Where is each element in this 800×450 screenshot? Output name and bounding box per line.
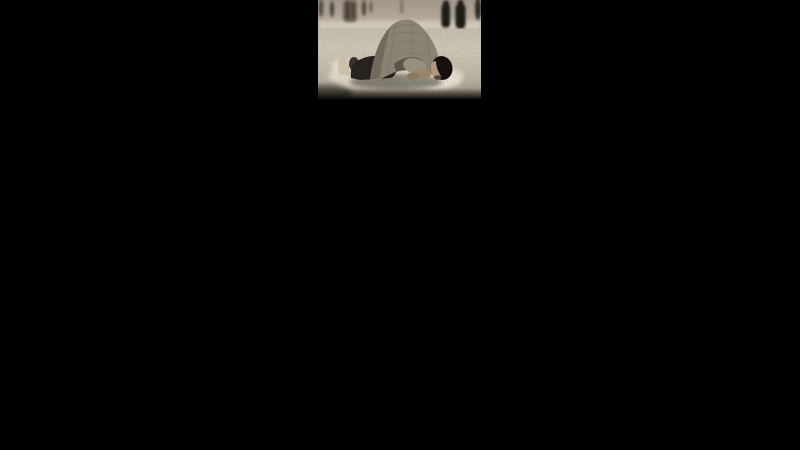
distant-pole — [400, 0, 404, 13]
man-hand — [417, 70, 431, 79]
distant-smudge — [346, 2, 350, 19]
bottom-fade — [318, 88, 481, 100]
abaya-figure-body — [456, 4, 466, 29]
archway-smudge — [343, 0, 357, 22]
page-canvas — [0, 0, 800, 450]
beard-shade — [434, 75, 442, 80]
distant-smudge — [330, 1, 334, 17]
abaya-figure-body — [442, 4, 451, 28]
prayer-photo — [318, 0, 481, 100]
prayer-photo-illustration — [318, 0, 481, 100]
man-hand — [407, 73, 419, 80]
distant-smudge — [362, 0, 367, 16]
distant-smudge — [352, 3, 355, 18]
distant-smudge — [369, 1, 373, 13]
